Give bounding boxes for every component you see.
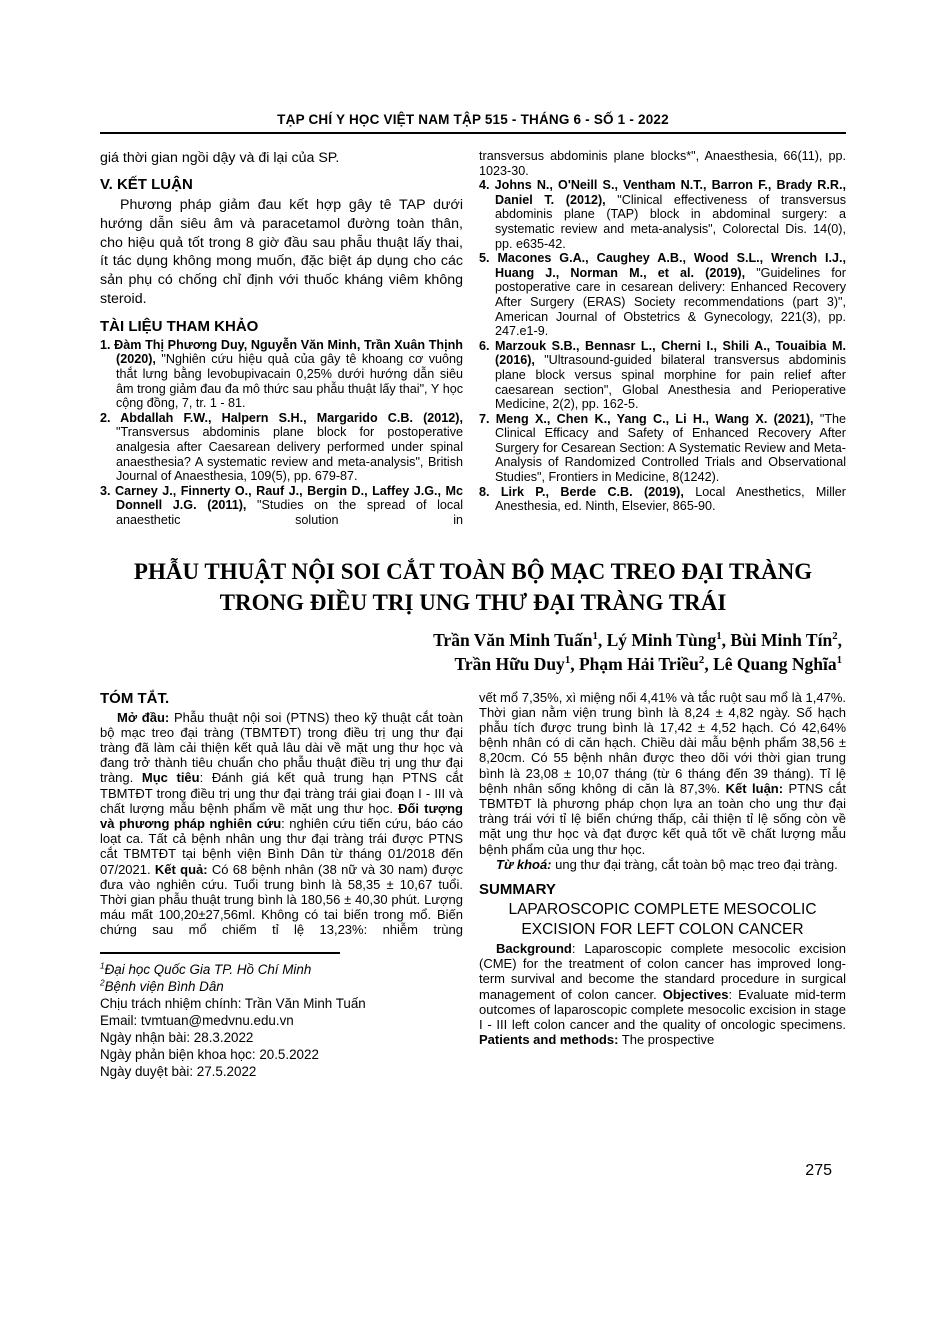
received-date: Ngày nhận bài: 28.3.2022 <box>100 1029 463 1046</box>
keywords-label: Từ khoá: <box>496 857 552 872</box>
article-title: PHẪU THUẬT NỘI SOI CẮT TOÀN BỘ MẠC TREO … <box>100 556 846 618</box>
keywords-text: ung thư đại tràng, cắt toàn bộ mạc treo … <box>552 857 838 872</box>
column-left: giá thời gian ngồi dậy và đi lại của SP.… <box>100 149 463 528</box>
reference-item-2: 2. Abdallah F.W., Halpern S.H., Margarid… <box>100 411 463 484</box>
tomtat-heading: TÓM TẮT. <box>100 690 463 707</box>
accepted-date: Ngày duyệt bài: 27.5.2022 <box>100 1063 463 1080</box>
author: Trần Hữu Duy1, <box>454 654 574 674</box>
column-right: transversus abdominis plane blocks*", An… <box>479 149 846 528</box>
article-title-line1: PHẪU THUẬT NỘI SOI CẮT TOÀN BỘ MẠC TREO … <box>100 556 846 587</box>
page-content: TẠP CHÍ Y HỌC VIỆT NAM TẬP 515 - THÁNG 6… <box>100 112 846 1080</box>
reviewed-date: Ngày phản biện khoa học: 20.5.2022 <box>100 1046 463 1063</box>
abstract-column-left: TÓM TẮT. Mở đầu: Phẫu thuật nội soi (PTN… <box>100 690 463 1080</box>
authors-line-2: Trần Hữu Duy1, Phạm Hải Triều2, Lê Quang… <box>100 652 842 676</box>
conclusion-heading: V. KẾT LUẬN <box>100 176 463 193</box>
reference-item-3: 3. Carney J., Finnerty O., Rauf J., Berg… <box>100 484 463 528</box>
conclusion-paragraph: Phương pháp giảm đau kết hợp gây tê TAP … <box>100 196 463 309</box>
abstract-column-right: vết mổ 7,35%, xì miệng nối 4,41% và tắc … <box>479 690 846 1080</box>
footnote-block: 1Đại học Quốc Gia TP. Hồ Chí Minh 2Bệnh … <box>100 952 463 1080</box>
summary-paragraph: Background: Laparoscopic complete mesoco… <box>479 941 846 1047</box>
email-line: Email: tvmtuan@medvnu.edu.vn <box>100 1012 463 1029</box>
tomtat-paragraph-right: vết mổ 7,35%, xì miệng nối 4,41% và tắc … <box>479 690 846 857</box>
reference-item-4: 4. Johns N., O'Neill S., Ventham N.T., B… <box>479 178 846 251</box>
author: Trần Văn Minh Tuấn1, <box>433 630 602 650</box>
reference-item-8: 8. Lirk P., Berde C.B. (2019), Local Ane… <box>479 485 846 514</box>
reference-item-6: 6. Marzouk S.B., Bennasr L., Cherni I., … <box>479 339 846 412</box>
previous-article-last-line: giá thời gian ngồi dậy và đi lại của SP. <box>100 149 463 167</box>
reference-item-5: 5. Macones G.A., Caughey A.B., Wood S.L.… <box>479 251 846 339</box>
reference-item-7: 7. Meng X., Chen K., Yang C., Li H., Wan… <box>479 412 846 485</box>
journal-header: TẠP CHÍ Y HỌC VIỆT NAM TẬP 515 - THÁNG 6… <box>100 112 846 134</box>
affiliation-2: 2Bệnh viện Bình Dân <box>100 978 463 995</box>
reference-3-continuation: transversus abdominis plane blocks*", An… <box>479 149 846 178</box>
tomtat-paragraph-left: Mở đầu: Phẫu thuật nội soi (PTNS) theo k… <box>100 710 463 938</box>
author: Phạm Hải Triều2, <box>579 654 709 674</box>
author: Bùi Minh Tín2, <box>730 630 842 650</box>
affiliation-1: 1Đại học Quốc Gia TP. Hồ Chí Minh <box>100 961 463 978</box>
author: Lý Minh Tùng1, <box>607 630 726 650</box>
page-number: 275 <box>805 1162 832 1180</box>
summary-heading: SUMMARY <box>479 881 846 898</box>
references-heading: TÀI LIỆU THAM KHẢO <box>100 318 463 335</box>
authors-block: Trần Văn Minh Tuấn1, Lý Minh Tùng1, Bùi … <box>100 628 846 676</box>
references-section: giá thời gian ngồi dậy và đi lại của SP.… <box>100 149 846 528</box>
abstract-section: TÓM TẮT. Mở đầu: Phẫu thuật nội soi (PTN… <box>100 690 846 1080</box>
summary-title-line1: LAPAROSCOPIC COMPLETE MESOCOLIC <box>479 901 846 919</box>
author-affiliation-sup: 1 <box>837 654 842 666</box>
corresponding-author: Chịu trách nhiệm chính: Trần Văn Minh Tu… <box>100 995 463 1012</box>
summary-title-line2: EXCISION FOR LEFT COLON CANCER <box>479 921 846 939</box>
journal-page: TẠP CHÍ Y HỌC VIỆT NAM TẬP 515 - THÁNG 6… <box>0 0 942 1333</box>
authors-line-1: Trần Văn Minh Tuấn1, Lý Minh Tùng1, Bùi … <box>100 628 842 652</box>
summary-block: SUMMARY LAPAROSCOPIC COMPLETE MESOCOLIC … <box>479 881 846 1047</box>
article-title-line2: TRONG ĐIỀU TRỊ UNG THƯ ĐẠI TRÀNG TRÁI <box>100 587 846 618</box>
reference-item-1: 1. Đàm Thị Phương Duy, Nguyễn Văn Minh, … <box>100 338 463 411</box>
author: Lê Quang Nghĩa1 <box>713 654 842 674</box>
keywords-line: Từ khoá: ung thư đại tràng, cắt toàn bộ … <box>479 857 846 872</box>
journal-title: TẠP CHÍ Y HỌC VIỆT NAM TẬP 515 - THÁNG 6… <box>277 112 669 127</box>
footnote-separator <box>100 952 340 954</box>
